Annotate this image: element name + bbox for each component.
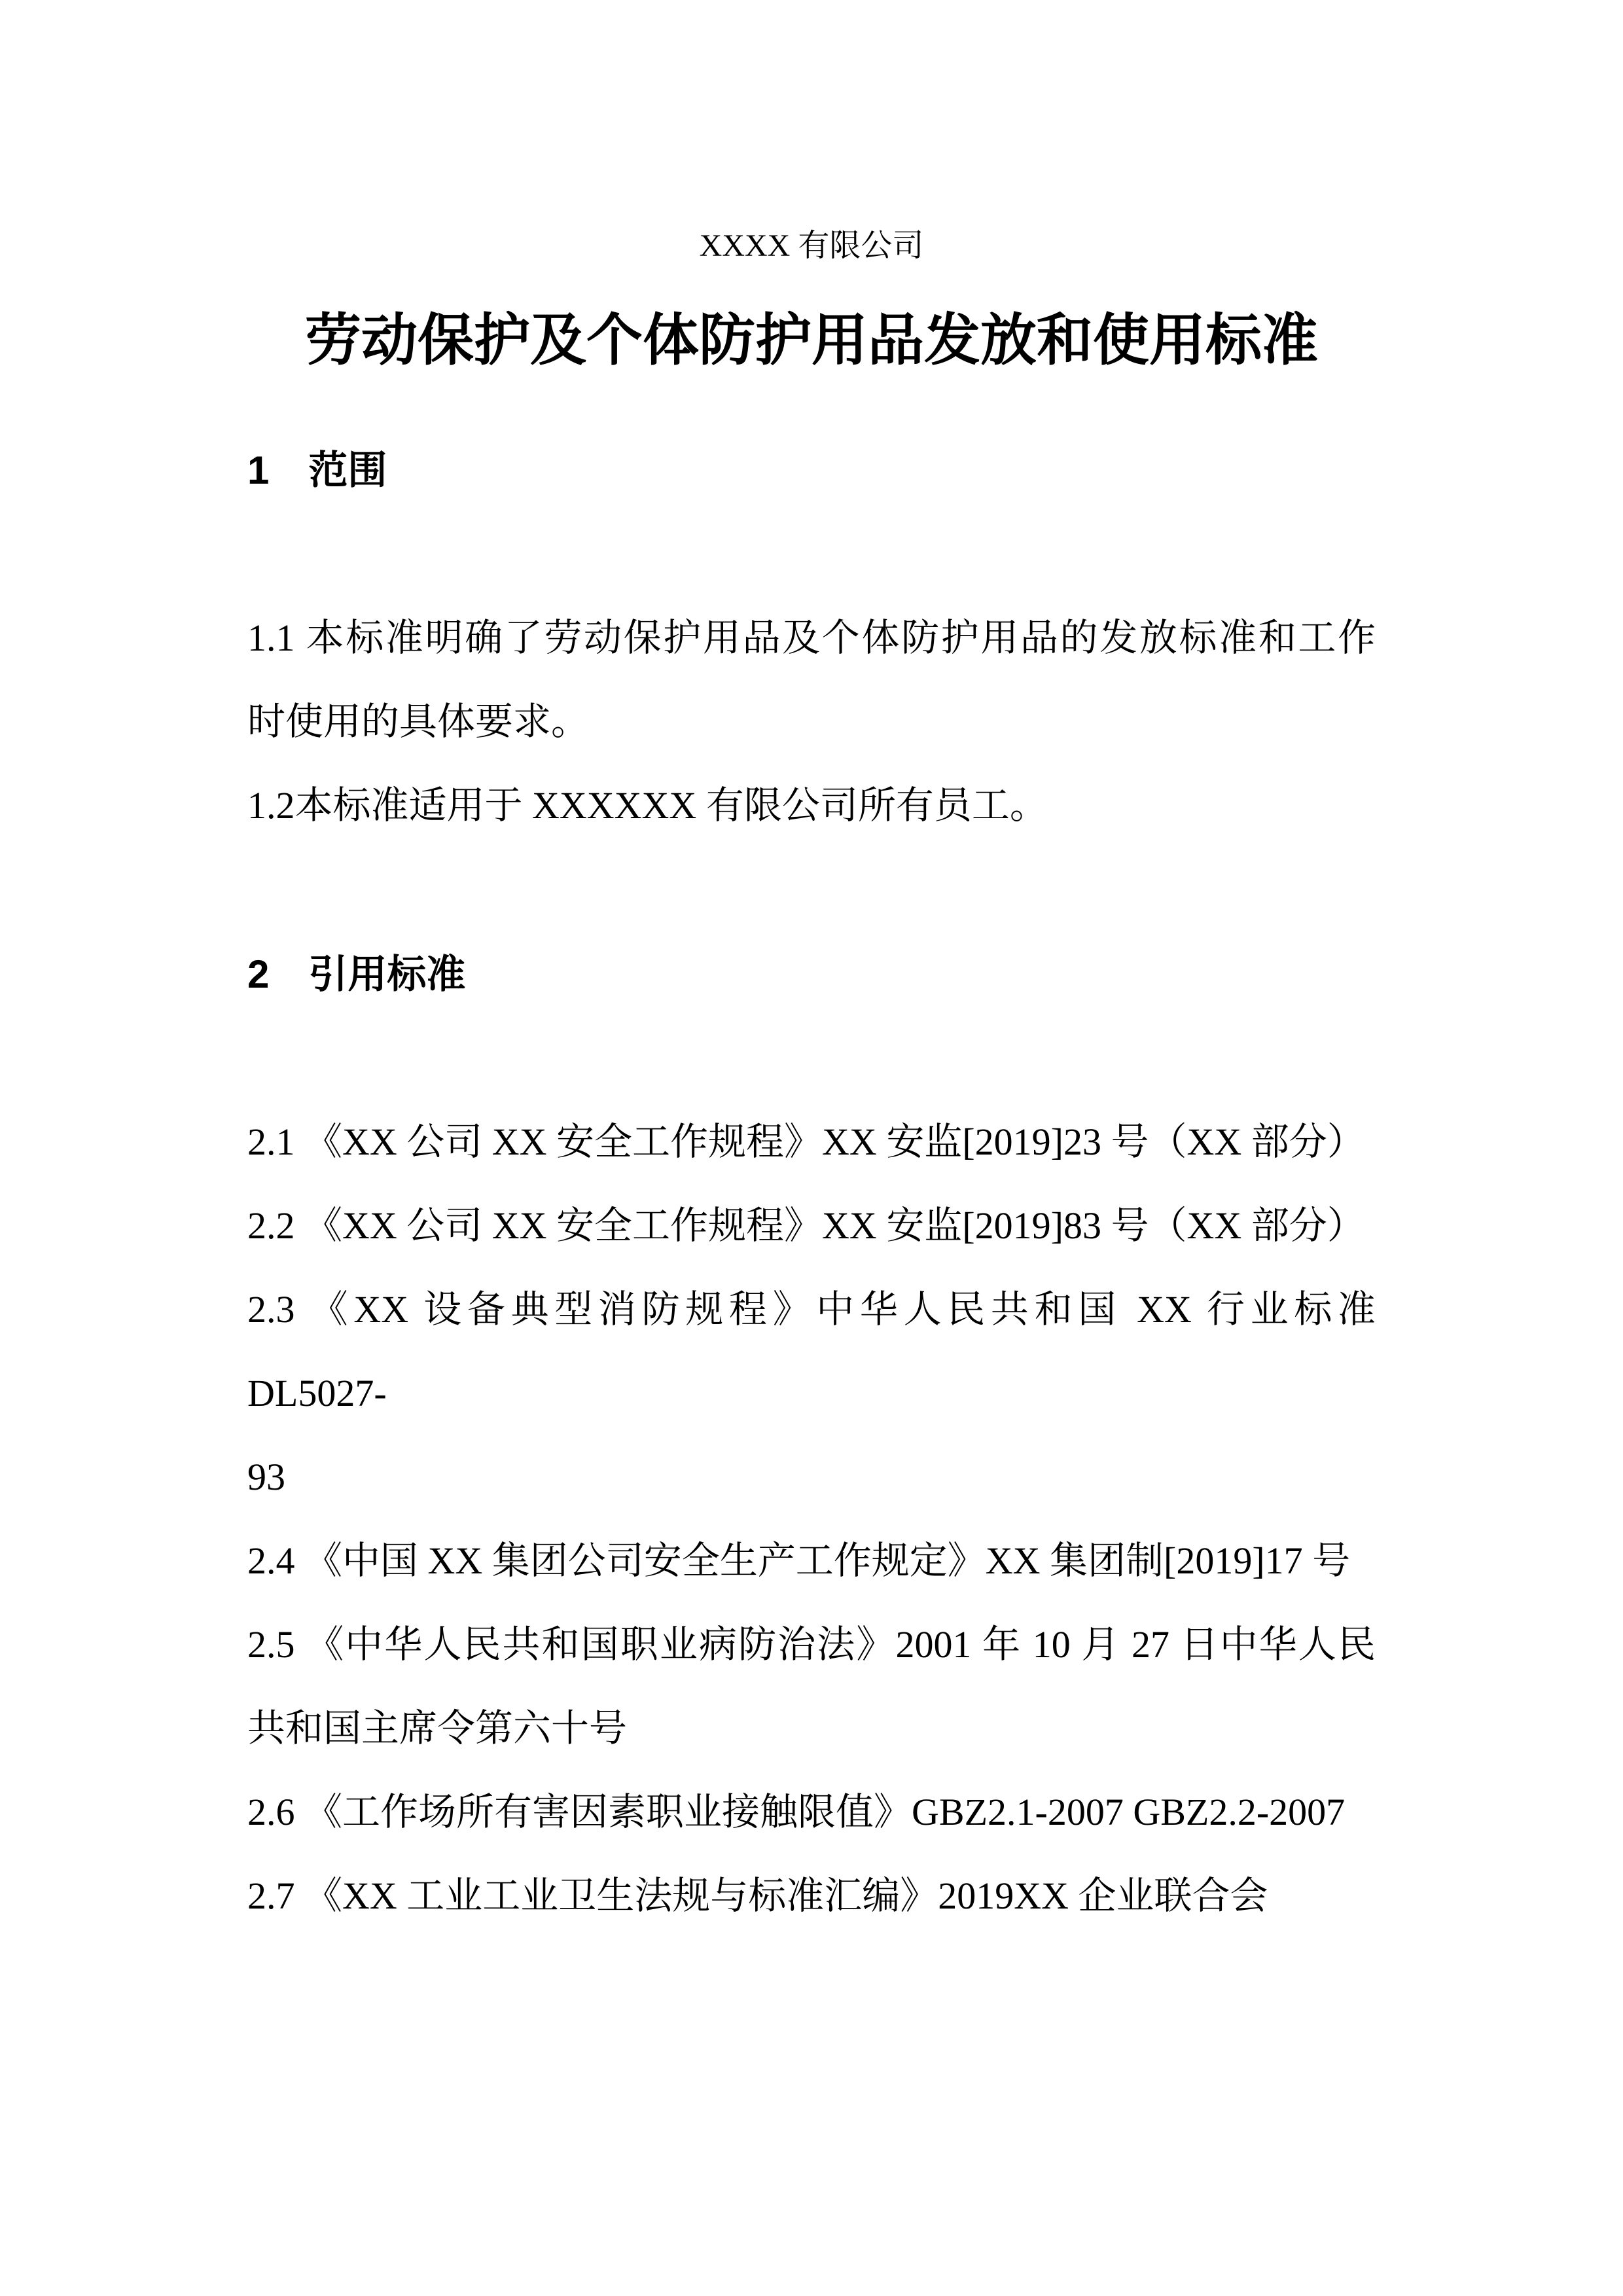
company-name: XXXX 有限公司 (247, 204, 1376, 288)
paragraph-2-5-line-2: 共和国主席令第六十号 (247, 1687, 1376, 1770)
paragraph-2-5-line-1: 2.5 《中华人民共和国职业病防治法》2001 年 10 月 27 日中华人民 (247, 1603, 1376, 1687)
paragraph-2-3: 2.3 《XX 设备典型消防规程》中华人民共和国 XX 行业标准 DL5027-… (247, 1268, 1376, 1519)
paragraph-2-4-line-1: 2.4 《中国 XX 集团公司安全生产工作规定》XX 集团制[2019]17 号 (247, 1519, 1376, 1603)
paragraph-2-3-line-1: 2.3 《XX 设备典型消防规程》中华人民共和国 XX 行业标准 DL5027- (247, 1268, 1376, 1435)
document-page: XXXX 有限公司 劳动保护及个体防护用品发放和使用标准 1 范围 1.1 本标… (0, 0, 1623, 2296)
paragraph-2-1-line-1: 2.1 《XX 公司 XX 安全工作规程》XX 安监[2019]23 号（XX … (247, 1100, 1376, 1184)
section-1-heading: 1 范围 (247, 429, 1376, 512)
document-title: 劳动保护及个体防护用品发放和使用标准 (247, 288, 1376, 393)
paragraph-2-7: 2.7 《XX 工业工业卫生法规与标准汇编》2019XX 企业联合会 (247, 1854, 1376, 1938)
paragraph-2-7-line-1: 2.7 《XX 工业工业卫生法规与标准汇编》2019XX 企业联合会 (247, 1854, 1376, 1938)
paragraph-1-1-line-1: 1.1 本标准明确了劳动保护用品及个体防护用品的发放标准和工作 (247, 596, 1376, 680)
paragraph-1-1-line-2: 时使用的具体要求。 (247, 680, 1376, 764)
paragraph-2-2-line-1: 2.2 《XX 公司 XX 安全工作规程》XX 安监[2019]83 号（XX … (247, 1184, 1376, 1268)
paragraph-2-2: 2.2 《XX 公司 XX 安全工作规程》XX 安监[2019]83 号（XX … (247, 1184, 1376, 1268)
paragraph-2-6: 2.6 《工作场所有害因素职业接触限值》GBZ2.1-2007 GBZ2.2-2… (247, 1770, 1376, 1854)
paragraph-2-3-line-2: 93 (247, 1435, 1376, 1519)
paragraph-1-2-line-1: 1.2本标准适用于 XXXXXX 有限公司所有员工。 (247, 764, 1376, 848)
document-content: XXXX 有限公司 劳动保护及个体防护用品发放和使用标准 1 范围 1.1 本标… (0, 204, 1623, 1938)
paragraph-2-5: 2.5 《中华人民共和国职业病防治法》2001 年 10 月 27 日中华人民 … (247, 1603, 1376, 1770)
section-2-heading: 2 引用标准 (247, 933, 1376, 1016)
paragraph-2-6-line-1: 2.6 《工作场所有害因素职业接触限值》GBZ2.1-2007 GBZ2.2-2… (247, 1770, 1376, 1854)
paragraph-2-1: 2.1 《XX 公司 XX 安全工作规程》XX 安监[2019]23 号（XX … (247, 1100, 1376, 1184)
section-references: 2 引用标准 2.1 《XX 公司 XX 安全工作规程》XX 安监[2019]2… (247, 933, 1376, 1938)
paragraph-1-1: 1.1 本标准明确了劳动保护用品及个体防护用品的发放标准和工作 时使用的具体要求… (247, 596, 1376, 764)
paragraph-2-4: 2.4 《中国 XX 集团公司安全生产工作规定》XX 集团制[2019]17 号 (247, 1519, 1376, 1603)
section-scope: 1 范围 1.1 本标准明确了劳动保护用品及个体防护用品的发放标准和工作 时使用… (247, 429, 1376, 848)
paragraph-1-2: 1.2本标准适用于 XXXXXX 有限公司所有员工。 (247, 764, 1376, 848)
